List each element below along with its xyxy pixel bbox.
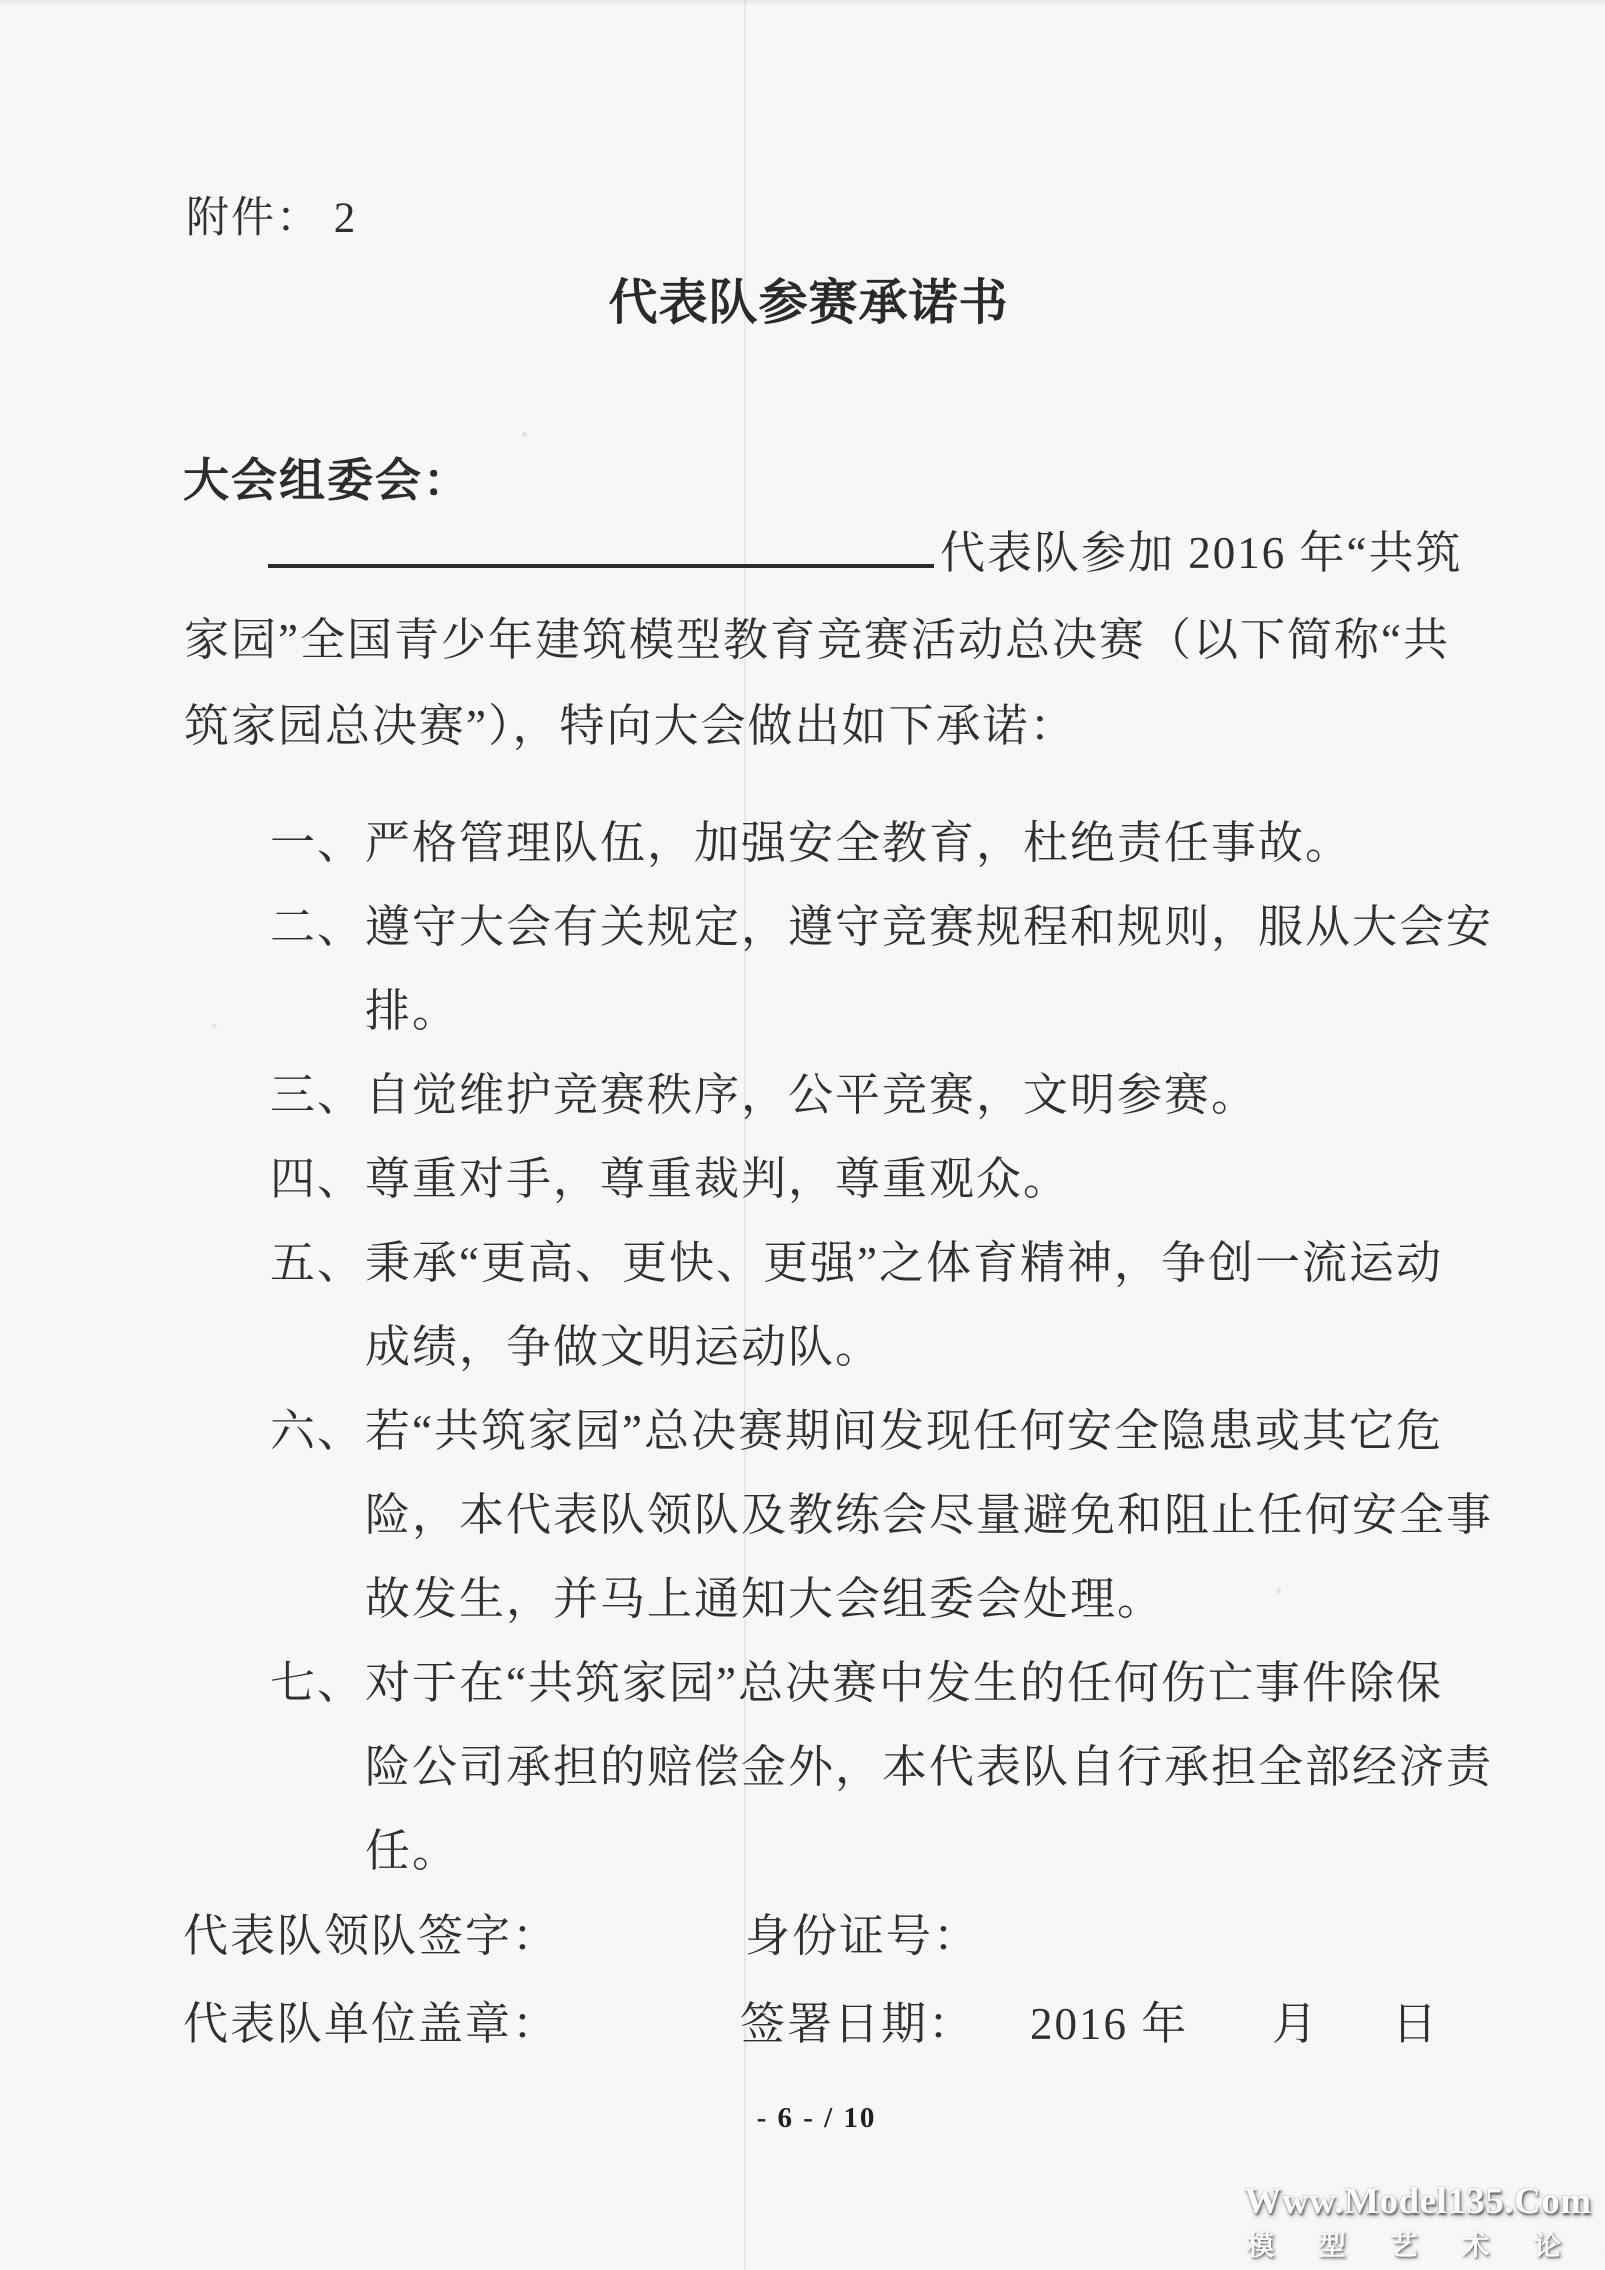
commitment-text: 自觉维护竞赛秩序，公平竞赛，文明参赛。	[365, 1070, 1258, 1120]
document-title: 代表队参赛承诺书	[6, 264, 1605, 334]
commitment-text: 尊重对手，尊重裁判，尊重观众。	[365, 1154, 1070, 1204]
commitment-row-7: 七、对于在“共筑家园”总决赛中发生的任何伤亡事件除保	[270, 1655, 1443, 1711]
page-number: - 6 - / 10	[14, 2102, 1605, 2135]
commitment-marker: 五、	[270, 1235, 365, 1291]
scan-speck	[212, 1024, 217, 1028]
commitment-row-6-cont-2: 故发生，并马上通知大会组委会处理。	[365, 1571, 1164, 1627]
opening-line-1-text: 代表队参加 2016 年“共筑	[940, 528, 1462, 578]
sign-date-label: 签署日期：	[740, 1996, 975, 2052]
scanned-document-page: 附件： 2 代表队参赛承诺书 大会组委会： 代表队参加 2016 年“共筑 家园…	[0, 0, 1605, 2270]
id-number-label: 身份证号：	[745, 1908, 980, 1964]
scan-speck	[1277, 1588, 1281, 1594]
opening-line-3: 筑家园总决赛”），特向大会做出如下承诺：	[184, 698, 1076, 754]
team-name-blank-line	[268, 518, 934, 568]
watermark-site-url: Www.Model135.Com	[1238, 2180, 1598, 2223]
commitment-row-3: 三、自觉维护竞赛秩序，公平竞赛，文明参赛。	[270, 1067, 1258, 1123]
commitment-row-7-cont-2: 任。	[365, 1823, 459, 1879]
scan-speck	[522, 432, 527, 437]
commitment-marker: 四、	[270, 1151, 365, 1207]
commitment-marker: 三、	[270, 1067, 365, 1123]
commitment-marker: 七、	[270, 1655, 365, 1711]
commitment-row-5-cont: 成绩，争做文明运动队。	[365, 1319, 882, 1375]
commitment-marker: 一、	[270, 815, 365, 871]
sign-date-month: 月	[1272, 1996, 1319, 2052]
unit-seal-label: 代表队单位盖章：	[183, 1996, 559, 2052]
commitment-row-2: 二、遵守大会有关规定，遵守竞赛规程和规则，服从大会安	[270, 899, 1493, 955]
watermark: Www.Model135.Com 模 型 艺 术 论 坛	[1238, 2180, 1598, 2263]
commitment-marker: 六、	[270, 1403, 365, 1459]
commitment-row-7-cont-1: 险公司承担的赔偿金外，本代表队自行承担全部经济责	[365, 1739, 1493, 1795]
opening-line-1: 代表队参加 2016 年“共筑	[268, 518, 1462, 581]
attachment-label: 附件： 2	[186, 184, 357, 245]
salutation: 大会组委会：	[183, 444, 471, 510]
scan-top-edge-shade	[0, 0, 1605, 6]
commitment-row-1: 一、严格管理队伍，加强安全教育，杜绝责任事故。	[270, 815, 1352, 871]
commitment-text: 秉承“更高、更快、更强”之体育精神，争创一流运动	[365, 1238, 1443, 1288]
commitment-row-4: 四、尊重对手，尊重裁判，尊重观众。	[270, 1151, 1070, 1207]
opening-line-2: 家园”全国青少年建筑模型教育竞赛活动总决赛（以下简称“共	[184, 612, 1450, 668]
commitment-row-6: 六、若“共筑家园”总决赛期间发现任何安全隐患或其它危	[270, 1403, 1443, 1459]
commitment-text: 若“共筑家园”总决赛期间发现任何安全隐患或其它危	[365, 1406, 1443, 1456]
commitment-row-6-cont-1: 险，本代表队领队及教练会尽量避免和阻止任何安全事	[365, 1487, 1493, 1543]
leader-signature-label: 代表队领队签字：	[183, 1908, 559, 1964]
watermark-forum-name: 模 型 艺 术 论 坛	[1247, 2224, 1605, 2263]
sign-date-day: 日	[1392, 1996, 1439, 2052]
commitment-row-5: 五、秉承“更高、更快、更强”之体育精神，争创一流运动	[270, 1235, 1443, 1291]
sign-date-year: 2016 年	[1030, 1996, 1188, 2052]
commitment-row-2-cont: 排。	[365, 983, 459, 1039]
commitment-marker: 二、	[270, 899, 365, 955]
commitment-text: 严格管理队伍，加强安全教育，杜绝责任事故。	[365, 818, 1352, 868]
commitment-text: 遵守大会有关规定，遵守竞赛规程和规则，服从大会安	[365, 902, 1493, 952]
commitment-text: 对于在“共筑家园”总决赛中发生的任何伤亡事件除保	[365, 1658, 1443, 1708]
